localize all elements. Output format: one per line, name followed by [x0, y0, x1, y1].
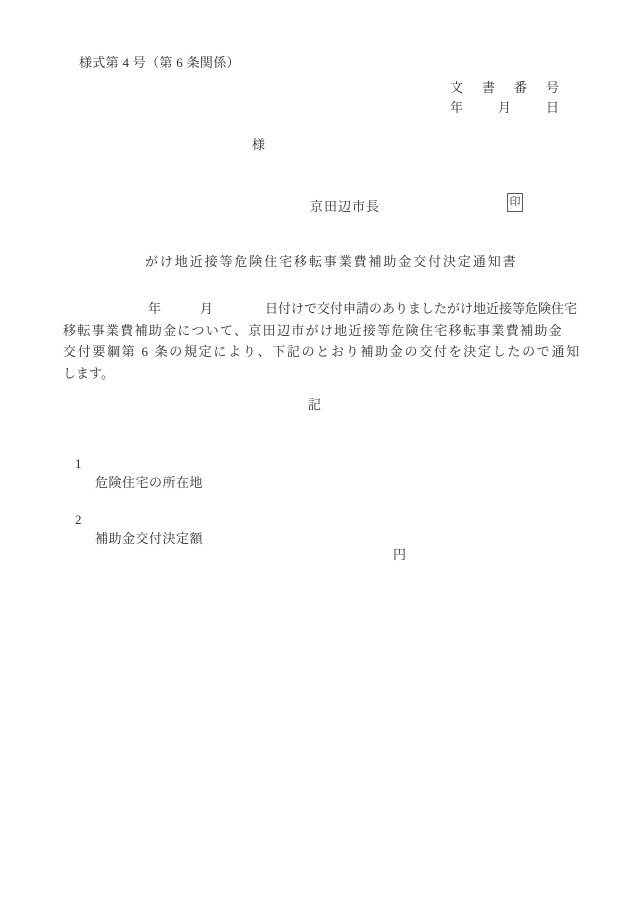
seal-mark: 印	[507, 193, 523, 212]
item-label: 危険住宅の所在地	[95, 472, 203, 491]
item-label: 補助金交付決定額	[95, 528, 203, 547]
item-number: 2	[75, 512, 82, 528]
body-paragraph-line: 移転事業費補助金について、京田辺市がけ地近接等危険住宅移転事業費補助金	[63, 320, 563, 336]
item-unit: 円	[393, 544, 406, 563]
body-paragraph-line: します。	[63, 363, 114, 379]
list-item-1: 1 危険住宅の所在地	[0, 440, 630, 458]
item-number: 1	[75, 456, 82, 472]
seal-label: 印	[510, 197, 521, 208]
body-paragraph-line: 交付要綱第 6 条の規定により、下記のとおり補助金の交付を決定したので通知	[63, 341, 581, 357]
form-number: 様式第 4 号（第 6 条関係）	[79, 52, 240, 71]
sender-title: 京田辺市長	[310, 196, 380, 215]
document-title: がけ地近接等危険住宅移転事業費補助金交付決定通知書	[145, 251, 518, 270]
doc-number-label: 文 書 番 号	[450, 77, 562, 96]
list-item-2: 2 補助金交付決定額 円	[0, 496, 630, 514]
document-page: 様式第 4 号（第 6 条関係） 文 書 番 号 年 月 日 様 京田辺市長 印…	[0, 0, 630, 915]
record-marker: 記	[308, 394, 321, 413]
addressee-suffix: 様	[252, 134, 265, 153]
date-blank-line: 年 月 日	[450, 97, 562, 116]
body-paragraph-line: 年 月 日付けで交付申請のありましたがけ地近接等危険住宅	[63, 298, 577, 314]
